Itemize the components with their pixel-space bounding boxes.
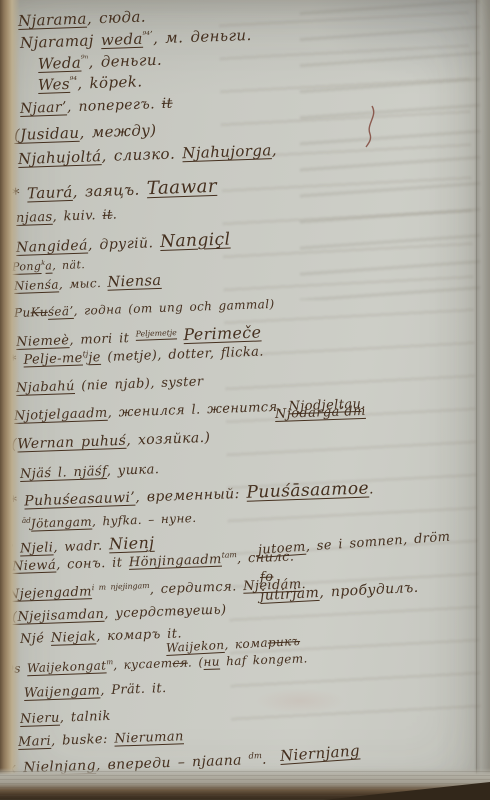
page-edge-line — [476, 0, 477, 800]
headword: Mari — [18, 734, 52, 750]
gloss-text: , сюда. — [86, 8, 146, 28]
manuscript-line: Niernjang — [279, 741, 360, 765]
gloss-text: Njaramaj — [20, 31, 102, 52]
gloss-text: (nie njab), syster — [74, 374, 203, 393]
headword: Njotjelgaadm — [14, 406, 108, 424]
gloss-text: . — [112, 207, 117, 222]
headword: Njahujorga — [182, 141, 272, 162]
gloss-text: it — [102, 208, 113, 223]
gloss-text: , м. деньги. — [153, 26, 252, 47]
gloss-text: , сонъ. it — [56, 555, 129, 573]
headword: Niemeè — [16, 333, 70, 350]
gloss-text: ся — [172, 656, 188, 671]
headword: ни — [203, 654, 220, 669]
gloss-text: (metje), dotter, flicka. — [101, 344, 264, 365]
manuscript-line: Weda⁹ⁿ, деньги. — [38, 51, 163, 73]
gloss-text: , köpek. — [77, 72, 143, 92]
gloss-text: , ушка. — [106, 462, 159, 479]
gloss-text: , временный: — [135, 486, 247, 506]
manuscript-line: Mari, buske: Nieruman — [18, 729, 184, 750]
gloss-text: , mori it — [69, 331, 136, 348]
gloss-text: . — [369, 481, 374, 497]
headword: Niensa — [107, 272, 162, 291]
headword: Njahujoltá — [18, 147, 102, 168]
manuscript-line: Wes⁹⁴, köpek. — [38, 72, 143, 94]
manuscript-line: *(Wernan puhuś, хозяйка.) — [4, 430, 211, 453]
headword: je — [88, 350, 101, 365]
headword: Waijekon — [166, 638, 225, 655]
headword: Nangiçl — [160, 230, 231, 252]
headword: (Njejisamdan — [12, 607, 105, 625]
manuscript-line: (Jusidau, между) — [14, 121, 157, 144]
gloss-text: , усердствуешь) — [104, 603, 227, 622]
headword: Niernjang — [279, 741, 360, 765]
gloss-text: . ( — [188, 655, 204, 670]
gloss-text: , hyfka. – нуне. — [92, 511, 197, 529]
headword: Waijekongat — [27, 658, 107, 675]
headword: Nienśa — [14, 277, 59, 293]
handwriting-layer: Njarama, сюда.Njaramaj weda⁹⁴’, м. деньг… — [0, 0, 490, 800]
manuscript-line: Njabahú (nie njab), syster — [16, 374, 204, 396]
headword: Njarama — [18, 10, 87, 30]
manuscript-line: Njäś l. njäśf, ушка. — [20, 462, 160, 482]
headword: Hönjingaadm — [129, 552, 222, 570]
headword: Nieruman — [114, 729, 184, 746]
gloss-text: dm — [248, 750, 262, 760]
manuscript-photo: Njarama, сюда.Njaramaj weda⁹⁴’, м. деньг… — [0, 0, 490, 800]
manuscript-line: * Puhuśeasauwi’, временный: Puuśāsaamoe. — [10, 478, 375, 511]
gloss-text: ⁹⁴’ — [143, 30, 153, 40]
headword: Njabahú — [16, 379, 75, 396]
gloss-text: . — [262, 752, 267, 768]
gloss-text: , кома — [224, 636, 268, 652]
manuscript-line: Njé Niejak, комаръ it. — [20, 626, 182, 647]
headword: Puuśāsaamoe — [246, 478, 369, 502]
gloss-text: , kuiv. — [52, 208, 102, 225]
gloss-text: , — [271, 141, 277, 159]
manuscript-line: * Taurá, заяцъ. Taawar — [12, 176, 218, 204]
manuscript-line: Njahujoltá, слизко. Njahujorga, — [18, 141, 277, 168]
headword: (Jusidau — [14, 124, 80, 144]
gloss-text: , хозяйка.) — [126, 430, 211, 449]
headword: Weda — [38, 53, 82, 72]
headword: Njodarga’dm — [275, 404, 366, 422]
manuscript-line: Nienśa, мыс. Niensa — [14, 272, 162, 294]
gloss-text: , пробудилъ. — [319, 580, 419, 601]
headword: Njejengadm — [8, 584, 92, 602]
gloss-text: , se i somnen, dröm — [305, 530, 451, 555]
gloss-text: haf kongem. — [220, 651, 308, 668]
headword: Njeli — [20, 540, 54, 556]
gloss-text: , nät. — [52, 258, 85, 272]
gloss-text: it — [161, 96, 172, 112]
headword: Pelje-me — [23, 351, 83, 368]
gloss-text: рикъ — [268, 634, 301, 650]
gloss-text: Njé — [20, 631, 51, 647]
headword: Nieru — [20, 711, 60, 727]
manuscript-line: (Njejisamdan, усердствуешь) — [12, 603, 227, 625]
manuscript-line: Njaramaj weda⁹⁴’, м. деньги. — [20, 26, 252, 52]
manuscript-line: Os Waijekongatm, кусается. (ни haf konge… — [4, 650, 308, 676]
manuscript-line: Nangideá, другій. Nangiçl — [16, 230, 231, 257]
headword: Taurá — [27, 183, 73, 203]
headword: Njäś l. njäśf — [20, 464, 107, 482]
gloss-text: , деньги. — [88, 51, 162, 72]
headword: Jötangam — [31, 515, 93, 531]
headword: Wernan puhuś — [17, 433, 127, 453]
manuscript-line: Waijengam, Prät. it. — [24, 681, 167, 701]
gloss-text: , кусает — [113, 656, 173, 672]
binding-gutter — [0, 0, 20, 800]
gloss-text: i m njejingam — [92, 581, 150, 592]
gloss-text: , женился l. женится. — [107, 399, 288, 420]
gloss-text: , поперегъ. — [67, 96, 163, 115]
headword: Nienj — [109, 533, 155, 554]
headword: Wes — [38, 75, 71, 94]
gloss-text: , комаръ — [96, 627, 168, 644]
manuscript-line: jutoem, se i somnen, dröm — [257, 530, 450, 558]
headword: Nangideá — [16, 237, 88, 255]
manuscript-line: Nieru, talnik — [20, 709, 111, 727]
manuscript-line: PuKuśeä’, годна (om ung och gammal) — [14, 297, 275, 320]
manuscript-line: Njaar’, поперегъ. it — [20, 96, 173, 117]
gloss-text: , годна (om ung och gammal) — [73, 297, 274, 318]
headword: Puhuśeasauwi’ — [24, 490, 135, 510]
headword: Niejak — [51, 629, 97, 646]
gloss-text: , мыс. — [59, 276, 108, 292]
manuscript-line: Njodarga’dm — [275, 404, 366, 422]
headword: Njaar’ — [20, 99, 67, 117]
headword: śeä’ — [48, 304, 74, 319]
headword: njaas — [16, 210, 53, 226]
gloss-text: , Prät. it. — [100, 681, 167, 698]
headword: weda — [101, 30, 143, 49]
manuscript-line: njaas, kuiv. it. — [16, 207, 118, 226]
gloss-text: , buske: — [51, 732, 115, 749]
gloss-text: , между) — [79, 121, 157, 142]
gloss-text: Ku — [30, 305, 48, 320]
headword: Peljemetje — [135, 328, 177, 338]
manuscript-line: Njarama, сюда. — [18, 8, 147, 30]
gloss-text: , заяцъ. — [72, 180, 147, 201]
gloss-text: , другій. — [88, 235, 161, 254]
headword: Perimeče — [183, 322, 262, 344]
headword: Waijengam — [24, 683, 101, 701]
gloss-text: , wadr. — [53, 538, 109, 555]
headword: Taawar — [146, 176, 217, 199]
manuscript-line: Pongka, nät. — [12, 257, 86, 273]
gloss-text: , слизко. — [101, 144, 182, 165]
gloss-text: ād — [22, 516, 31, 525]
gloss-text: tam — [221, 550, 236, 560]
headword: jutirjam — [260, 585, 320, 604]
gloss-text: , talnik — [60, 709, 112, 726]
manuscript-line: ādJötangam, hyfka. – нуне. — [22, 510, 197, 531]
headword: jutoem — [257, 540, 306, 558]
gloss-text: , сердится. — [149, 579, 243, 597]
